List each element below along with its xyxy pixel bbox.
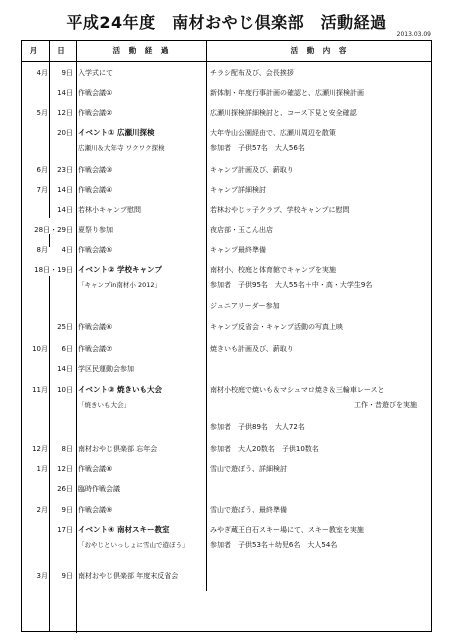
activity-cell: 「おやじといっしょに雪山で遊ぼう」 — [78, 538, 189, 552]
details-cell: 雪山で遊ぼう、詳細検討 — [210, 462, 287, 476]
table-row: 26日臨時作戦会議 — [22, 482, 431, 496]
details-cell: 参加者 子供95名 大人55名＋中・高・大学生9名 — [210, 278, 372, 292]
activity-cell: 作戦会議⑧ — [78, 462, 112, 476]
day-cell: 28日・29日 — [22, 223, 73, 237]
activity-cell: 作戦会議④ — [78, 183, 112, 197]
table-row: 2月9日作戦会議⑨雪山で遊ぼう、最終準備 — [22, 503, 431, 517]
table-row: 8月4日作戦会議⑤キャンプ最終準備 — [22, 243, 431, 257]
table-row: 1月12日作戦会議⑧雪山で遊ぼう、詳細検討 — [22, 462, 431, 476]
table-row: 7月14日作戦会議④キャンプ詳細検討 — [22, 183, 431, 197]
table-row: 18日・19日イベント② 学校キャンプ南材小、校庭と体育館でキャンプを実施 — [22, 263, 431, 277]
activity-cell: 作戦会議② — [78, 106, 112, 120]
day-cell: 9日 — [22, 66, 73, 80]
activity-cell: 作戦会議① — [78, 86, 112, 100]
day-cell: 6日 — [22, 342, 73, 356]
table-row: 4月9日入学式にてチラシ配布及び、会長挨拶 — [22, 66, 431, 80]
details-cell: 夜店部・玉こん出店 — [210, 223, 273, 237]
document-title: 平成24年度 南材おやじ倶楽部 活動経過 — [0, 10, 453, 33]
details-cell: 参加者 子供89名 大人72名 — [210, 420, 305, 434]
table-row: 3月9日南材おやじ倶楽部 年度末反省会 — [22, 569, 431, 583]
details-cell: ジュニアリーダー参加 — [210, 299, 280, 313]
table-row: 11月10日イベント③ 焼きいも大会南材小校庭で焼いも＆マシュマロ焼き＆三輪車レ… — [22, 383, 431, 397]
activity-cell: 「焼きいも大会」 — [78, 398, 130, 412]
table-row: 17日イベント④ 南材スキー教室みやぎ蔵王白石スキー場にて、スキー教室を実施 — [22, 523, 431, 537]
activity-cell: イベント② 学校キャンプ — [78, 263, 162, 277]
table-row: 「焼きいも大会」工作・昔遊びを実施 — [22, 398, 431, 412]
table-row: 6月23日作戦会議③キャンプ計画及び、薪取り — [22, 163, 431, 177]
day-cell: 12日 — [22, 462, 73, 476]
table-row: 28日・29日夏祭り参加夜店部・玉こん出店 — [22, 223, 431, 237]
day-cell: 12日 — [22, 106, 73, 120]
details-cell: チラシ配布及び、会長挨拶 — [210, 66, 294, 80]
day-cell: 23日 — [22, 163, 73, 177]
header-activity: 活 動 経 過 — [77, 41, 207, 61]
details-cell: 工作・昔遊びを実施 — [210, 398, 417, 412]
details-cell: キャンプ計画及び、薪取り — [210, 163, 294, 177]
document-date: 2013.03.09 — [397, 31, 431, 38]
table-row: 参加者 子供89名 大人72名 — [22, 420, 431, 434]
details-cell: 南材小校庭で焼いも＆マシュマロ焼き＆三輪車レースと — [210, 383, 385, 397]
header-day: 日 — [49, 41, 76, 61]
activity-cell: 作戦会議⑥ — [78, 320, 112, 334]
activity-cell: 学区民運動会参加 — [78, 362, 134, 376]
table-header: 月 日 活 動 経 過 活 動 内 容 — [22, 41, 431, 62]
details-cell: 新体制・年度行事計画の確認と、広瀬川探検計画 — [210, 86, 364, 100]
activity-cell: 広瀬川＆大年寺 ワクワク探検 — [78, 141, 165, 155]
activity-cell: 作戦会議⑦ — [78, 342, 112, 356]
table-row: 20日イベント① 広瀬川探検大年寺山公園経由で、広瀬川周辺を散策 — [22, 126, 431, 140]
table-row: 14日若林小キャンプ慰問若林おやじッ子クラブ、学校キャンプに慰問 — [22, 203, 431, 217]
details-cell: 参加者 子供53名＋幼児6名 大人54名 — [210, 538, 337, 552]
table-row: 12月8日南材おやじ倶楽部 忘年会参加者 大人20数名 子供10数名 — [22, 442, 431, 456]
activity-cell: イベント③ 焼きいも大会 — [78, 383, 162, 397]
activity-cell: 若林小キャンプ慰問 — [78, 203, 141, 217]
day-cell: 10日 — [22, 383, 73, 397]
activity-cell: 作戦会議③ — [78, 163, 112, 177]
activity-table: 月 日 活 動 経 過 活 動 内 容 4月9日入学式にてチラシ配布及び、会長挨… — [21, 40, 432, 632]
details-cell: みやぎ蔵王白石スキー場にて、スキー教室を実施 — [210, 523, 364, 537]
table-row: 「おやじといっしょに雪山で遊ぼう」参加者 子供53名＋幼児6名 大人54名 — [22, 538, 431, 552]
details-cell: 広瀬川探検詳細検討と、コース下見と安全確認 — [210, 106, 357, 120]
divider — [49, 41, 50, 61]
header-details: 活 動 内 容 — [208, 41, 432, 61]
activity-cell: 南材おやじ倶楽部 忘年会 — [78, 442, 157, 456]
day-cell: 4日 — [22, 243, 73, 257]
day-cell: 14日 — [22, 362, 73, 376]
details-cell: 焼きいも計画及び、薪取り — [210, 342, 294, 356]
activity-cell: 作戦会議⑤ — [78, 243, 112, 257]
day-cell: 14日 — [22, 86, 73, 100]
day-cell: 20日 — [22, 126, 73, 140]
details-cell: キャンプ反省会・キャンプ活動の写真上映 — [210, 320, 343, 334]
details-cell: 雪山で遊ぼう、最終準備 — [210, 503, 287, 517]
day-cell: 8日 — [22, 442, 73, 456]
activity-cell: 夏祭り参加 — [78, 223, 113, 237]
activity-cell: 入学式にて — [78, 66, 113, 80]
table-row: 14日学区民運動会参加 — [22, 362, 431, 376]
details-cell: 参加者 大人20数名 子供10数名 — [210, 442, 319, 456]
table-row: 10月6日作戦会議⑦焼きいも計画及び、薪取り — [22, 342, 431, 356]
activity-cell: 作戦会議⑨ — [78, 503, 112, 517]
activity-cell: 南材おやじ倶楽部 年度末反省会 — [78, 569, 178, 583]
activity-cell: イベント④ 南材スキー教室 — [78, 523, 169, 537]
activity-cell: 「キャンプin南材小 2012」 — [78, 278, 161, 292]
details-cell: 大年寺山公園経由で、広瀬川周辺を散策 — [210, 126, 336, 140]
day-cell: 9日 — [22, 569, 73, 583]
table-row: 25日作戦会議⑥キャンプ反省会・キャンプ活動の写真上映 — [22, 320, 431, 334]
details-cell: 南材小、校庭と体育館でキャンプを実施 — [210, 263, 336, 277]
table-row: 「キャンプin南材小 2012」参加者 子供95名 大人55名＋中・高・大学生9… — [22, 278, 431, 292]
day-cell: 25日 — [22, 320, 73, 334]
day-cell: 26日 — [22, 482, 73, 496]
table-row: 5月12日作戦会議②広瀬川探検詳細検討と、コース下見と安全確認 — [22, 106, 431, 120]
details-cell: キャンプ最終準備 — [210, 243, 266, 257]
day-cell: 14日 — [22, 183, 73, 197]
header-month: 月 — [22, 41, 48, 61]
details-cell: 参加者 子供57名 大人56名 — [210, 141, 305, 155]
day-cell: 17日 — [22, 523, 73, 537]
day-cell: 14日 — [22, 203, 73, 217]
table-row: 14日作戦会議①新体制・年度行事計画の確認と、広瀬川探検計画 — [22, 86, 431, 100]
table-row: 広瀬川＆大年寺 ワクワク探検参加者 子供57名 大人56名 — [22, 141, 431, 155]
details-cell: キャンプ詳細検討 — [210, 183, 266, 197]
activity-cell: 臨時作戦会議 — [78, 482, 120, 496]
table-row: ジュニアリーダー参加 — [22, 299, 431, 313]
day-cell: 18日・19日 — [22, 263, 73, 277]
details-cell: 若林おやじッ子クラブ、学校キャンプに慰問 — [210, 203, 349, 217]
activity-cell: イベント① 広瀬川探検 — [78, 126, 154, 140]
day-cell: 9日 — [22, 503, 73, 517]
